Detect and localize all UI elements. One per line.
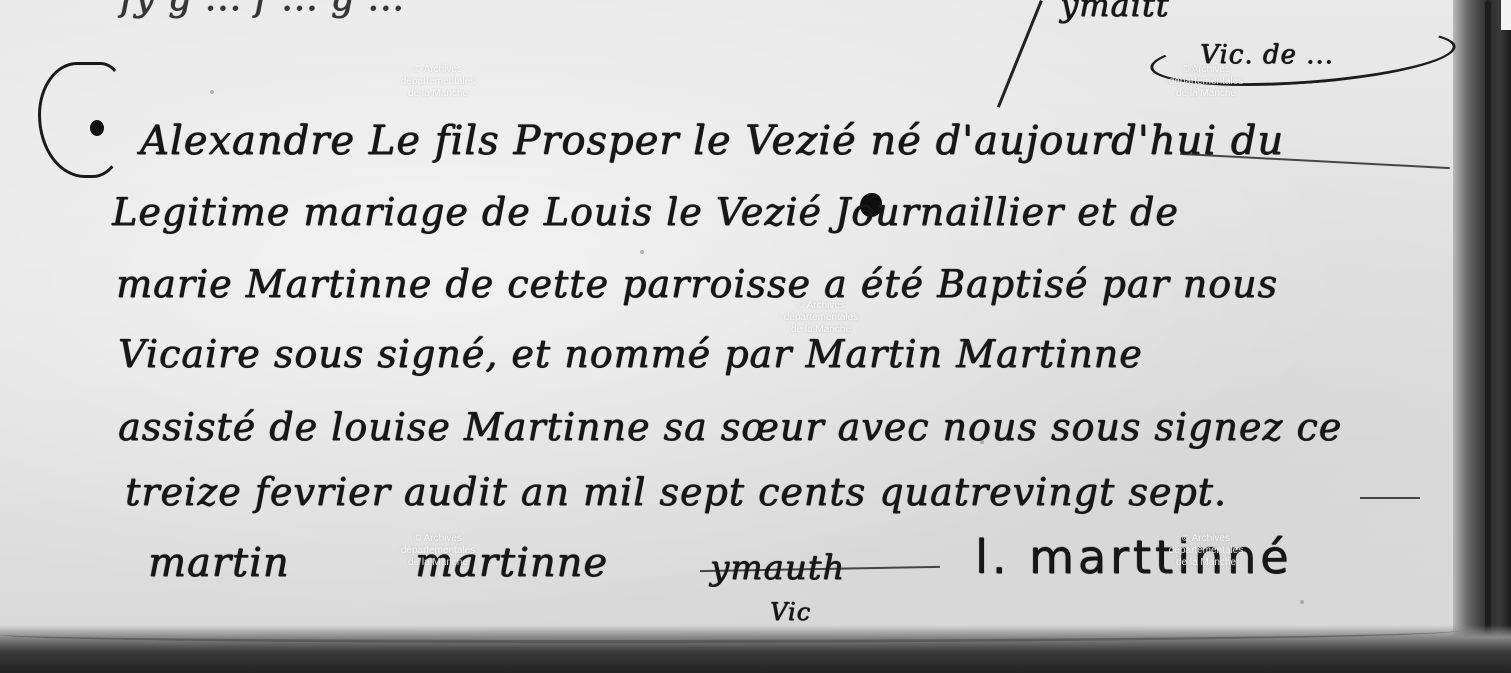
watermark-line: © Archives bbox=[373, 533, 503, 545]
signature-vicar: ymauth bbox=[710, 548, 845, 588]
archive-watermark: © Archives départementales de la Manche bbox=[1141, 64, 1271, 100]
entry-line-6: treize fevrier audit an mil sept cents q… bbox=[125, 470, 1227, 514]
paper-speck bbox=[1300, 600, 1304, 604]
watermark-line: de la Manche bbox=[373, 88, 503, 100]
manuscript-scan: fy g ... f ... g ... ymaitt Vic. de ... … bbox=[0, 0, 1511, 673]
previous-entry-signature: ymaitt bbox=[1060, 0, 1169, 24]
watermark-line: de la Manche bbox=[373, 557, 503, 569]
watermark-line: de la Manche bbox=[756, 324, 886, 336]
archive-watermark: © Archives départementales de la Manche bbox=[373, 64, 503, 100]
watermark-line: départementales bbox=[756, 312, 886, 324]
entry-line-4: Vicaire sous signé, et nommé par Martin … bbox=[118, 332, 1143, 376]
previous-entry-fragment: fy g ... f ... g ... bbox=[120, 0, 405, 19]
watermark-line: © Archives bbox=[373, 64, 503, 76]
signature-martin: martin bbox=[148, 540, 290, 586]
entry-line-3: marie Martinne de cette parroisse a été … bbox=[116, 262, 1278, 306]
watermark-line: départementales bbox=[1141, 545, 1271, 557]
entry-line-5: assisté de louise Martinne sa sœur avec … bbox=[118, 405, 1342, 449]
watermark-line: départementales bbox=[1141, 76, 1271, 88]
entry-line-2: Legitime mariage de Louis le Vezié Journ… bbox=[112, 190, 1179, 234]
margin-mark-dot bbox=[90, 120, 104, 136]
watermark-line: © Archives bbox=[756, 300, 886, 312]
watermark-line: de la Manche bbox=[1141, 88, 1271, 100]
line-end-flourish bbox=[1360, 497, 1420, 499]
signature-stroke bbox=[997, 0, 1043, 108]
paper-speck bbox=[640, 250, 644, 254]
watermark-line: de la Manche bbox=[1141, 557, 1271, 569]
entry-line-1: Alexandre Le fils Prosper le Vezié né d'… bbox=[140, 118, 1284, 164]
archive-watermark: © Archives départementales de la Manche bbox=[373, 533, 503, 569]
archive-watermark: © Archives départementales de la Manche bbox=[1141, 533, 1271, 569]
watermark-line: © Archives bbox=[1141, 64, 1271, 76]
binding-edge-line bbox=[1485, 0, 1491, 640]
archive-watermark: © Archives départementales de la Manche bbox=[756, 300, 886, 336]
signature-vicar-title: Vic bbox=[770, 598, 811, 626]
page-corner bbox=[1501, 0, 1511, 30]
watermark-line: © Archives bbox=[1141, 533, 1271, 545]
margin-mark bbox=[38, 62, 124, 178]
watermark-line: départementales bbox=[373, 545, 503, 557]
binding-edge bbox=[1453, 0, 1511, 673]
paper-speck bbox=[210, 90, 214, 94]
watermark-line: départementales bbox=[373, 76, 503, 88]
